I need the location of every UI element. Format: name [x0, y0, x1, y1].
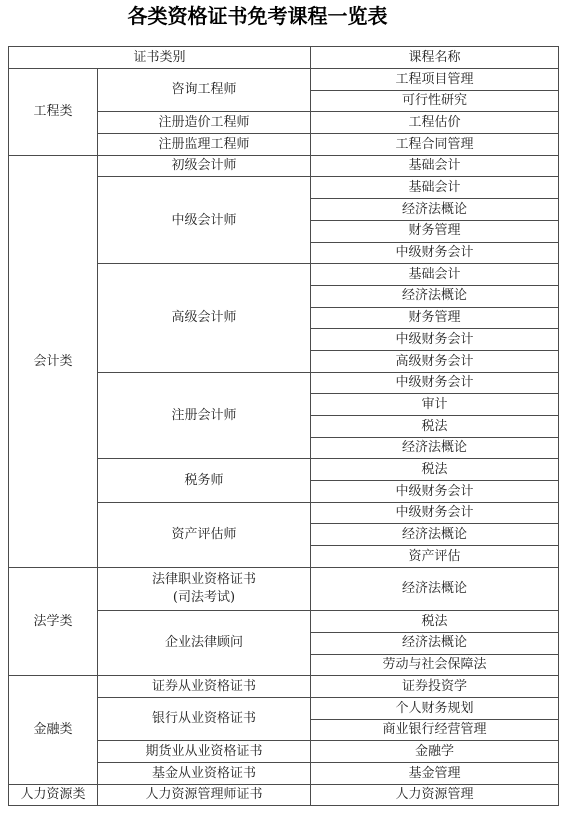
course-cell: 工程估价 — [311, 112, 559, 134]
course-cell: 工程合同管理 — [311, 134, 559, 156]
table-row: 法学类法律职业资格证书 (司法考试)经济法概论 — [9, 567, 559, 610]
certificate-cell: 银行从业资格证书 — [98, 697, 311, 740]
course-cell: 经济法概论 — [311, 632, 559, 654]
course-cell: 财务管理 — [311, 220, 559, 242]
course-cell: 个人财务规划 — [311, 697, 559, 719]
course-cell: 可行性研究 — [311, 90, 559, 112]
page-title: 各类资格证书免考课程一览表 — [0, 0, 515, 29]
course-cell: 商业银行经营管理 — [311, 719, 559, 741]
certificate-cell: 人力资源管理师证书 — [98, 784, 311, 806]
course-cell: 证券投资学 — [311, 676, 559, 698]
course-cell: 基础会计 — [311, 264, 559, 286]
certificate-cell: 注册会计师 — [98, 372, 311, 459]
category-cell: 人力资源类 — [9, 784, 98, 806]
certificate-cell: 企业法律顾问 — [98, 611, 311, 676]
certificate-cell: 资产评估师 — [98, 502, 311, 567]
course-cell: 中级财务会计 — [311, 372, 559, 394]
certificate-cell: 税务师 — [98, 459, 311, 502]
course-cell: 经济法概论 — [311, 437, 559, 459]
course-cell: 税法 — [311, 416, 559, 438]
course-cell: 人力资源管理 — [311, 784, 559, 806]
certificate-cell: 基金从业资格证书 — [98, 763, 311, 785]
course-cell: 财务管理 — [311, 307, 559, 329]
table-header: 证书类别 课程名称 — [9, 47, 559, 69]
certificate-cell: 咨询工程师 — [98, 69, 311, 112]
table-row: 金融类证券从业资格证书证券投资学 — [9, 676, 559, 698]
header-course-name: 课程名称 — [311, 47, 559, 69]
table-row: 会计类初级会计师基础会计 — [9, 155, 559, 177]
course-cell: 资产评估 — [311, 546, 559, 568]
course-cell: 工程项目管理 — [311, 69, 559, 91]
course-cell: 基础会计 — [311, 177, 559, 199]
category-cell: 会计类 — [9, 155, 98, 567]
category-cell: 法学类 — [9, 567, 98, 675]
course-cell: 经济法概论 — [311, 524, 559, 546]
table-row: 工程类咨询工程师工程项目管理 — [9, 69, 559, 91]
course-cell: 金融学 — [311, 741, 559, 763]
course-cell: 经济法概论 — [311, 199, 559, 221]
course-cell: 中级财务会计 — [311, 502, 559, 524]
certificate-course-table: 证书类别 课程名称 工程类咨询工程师工程项目管理可行性研究注册造价工程师工程估价… — [8, 46, 559, 806]
certificate-cell: 中级会计师 — [98, 177, 311, 264]
certificate-cell: 初级会计师 — [98, 155, 311, 177]
certificate-cell: 注册监理工程师 — [98, 134, 311, 156]
certificate-cell: 证券从业资格证书 — [98, 676, 311, 698]
course-cell: 高级财务会计 — [311, 350, 559, 372]
category-cell: 金融类 — [9, 676, 98, 784]
course-cell: 基金管理 — [311, 763, 559, 785]
certificate-cell: 注册造价工程师 — [98, 112, 311, 134]
course-cell: 税法 — [311, 459, 559, 481]
header-row: 证书类别 课程名称 — [9, 47, 559, 69]
header-certificate-category: 证书类别 — [9, 47, 311, 69]
course-cell: 中级财务会计 — [311, 481, 559, 503]
category-cell: 工程类 — [9, 69, 98, 156]
certificate-cell: 期货业从业资格证书 — [98, 741, 311, 763]
table-body: 工程类咨询工程师工程项目管理可行性研究注册造价工程师工程估价注册监理工程师工程合… — [9, 69, 559, 806]
course-cell: 基础会计 — [311, 155, 559, 177]
course-cell: 经济法概论 — [311, 567, 559, 610]
course-cell: 税法 — [311, 611, 559, 633]
course-cell: 中级财务会计 — [311, 329, 559, 351]
certificate-cell: 高级会计师 — [98, 264, 311, 372]
certificate-cell: 法律职业资格证书 (司法考试) — [98, 567, 311, 610]
course-cell: 劳动与社会保障法 — [311, 654, 559, 676]
table-row: 人力资源类人力资源管理师证书人力资源管理 — [9, 784, 559, 806]
course-cell: 中级财务会计 — [311, 242, 559, 264]
course-cell: 审计 — [311, 394, 559, 416]
course-cell: 经济法概论 — [311, 285, 559, 307]
